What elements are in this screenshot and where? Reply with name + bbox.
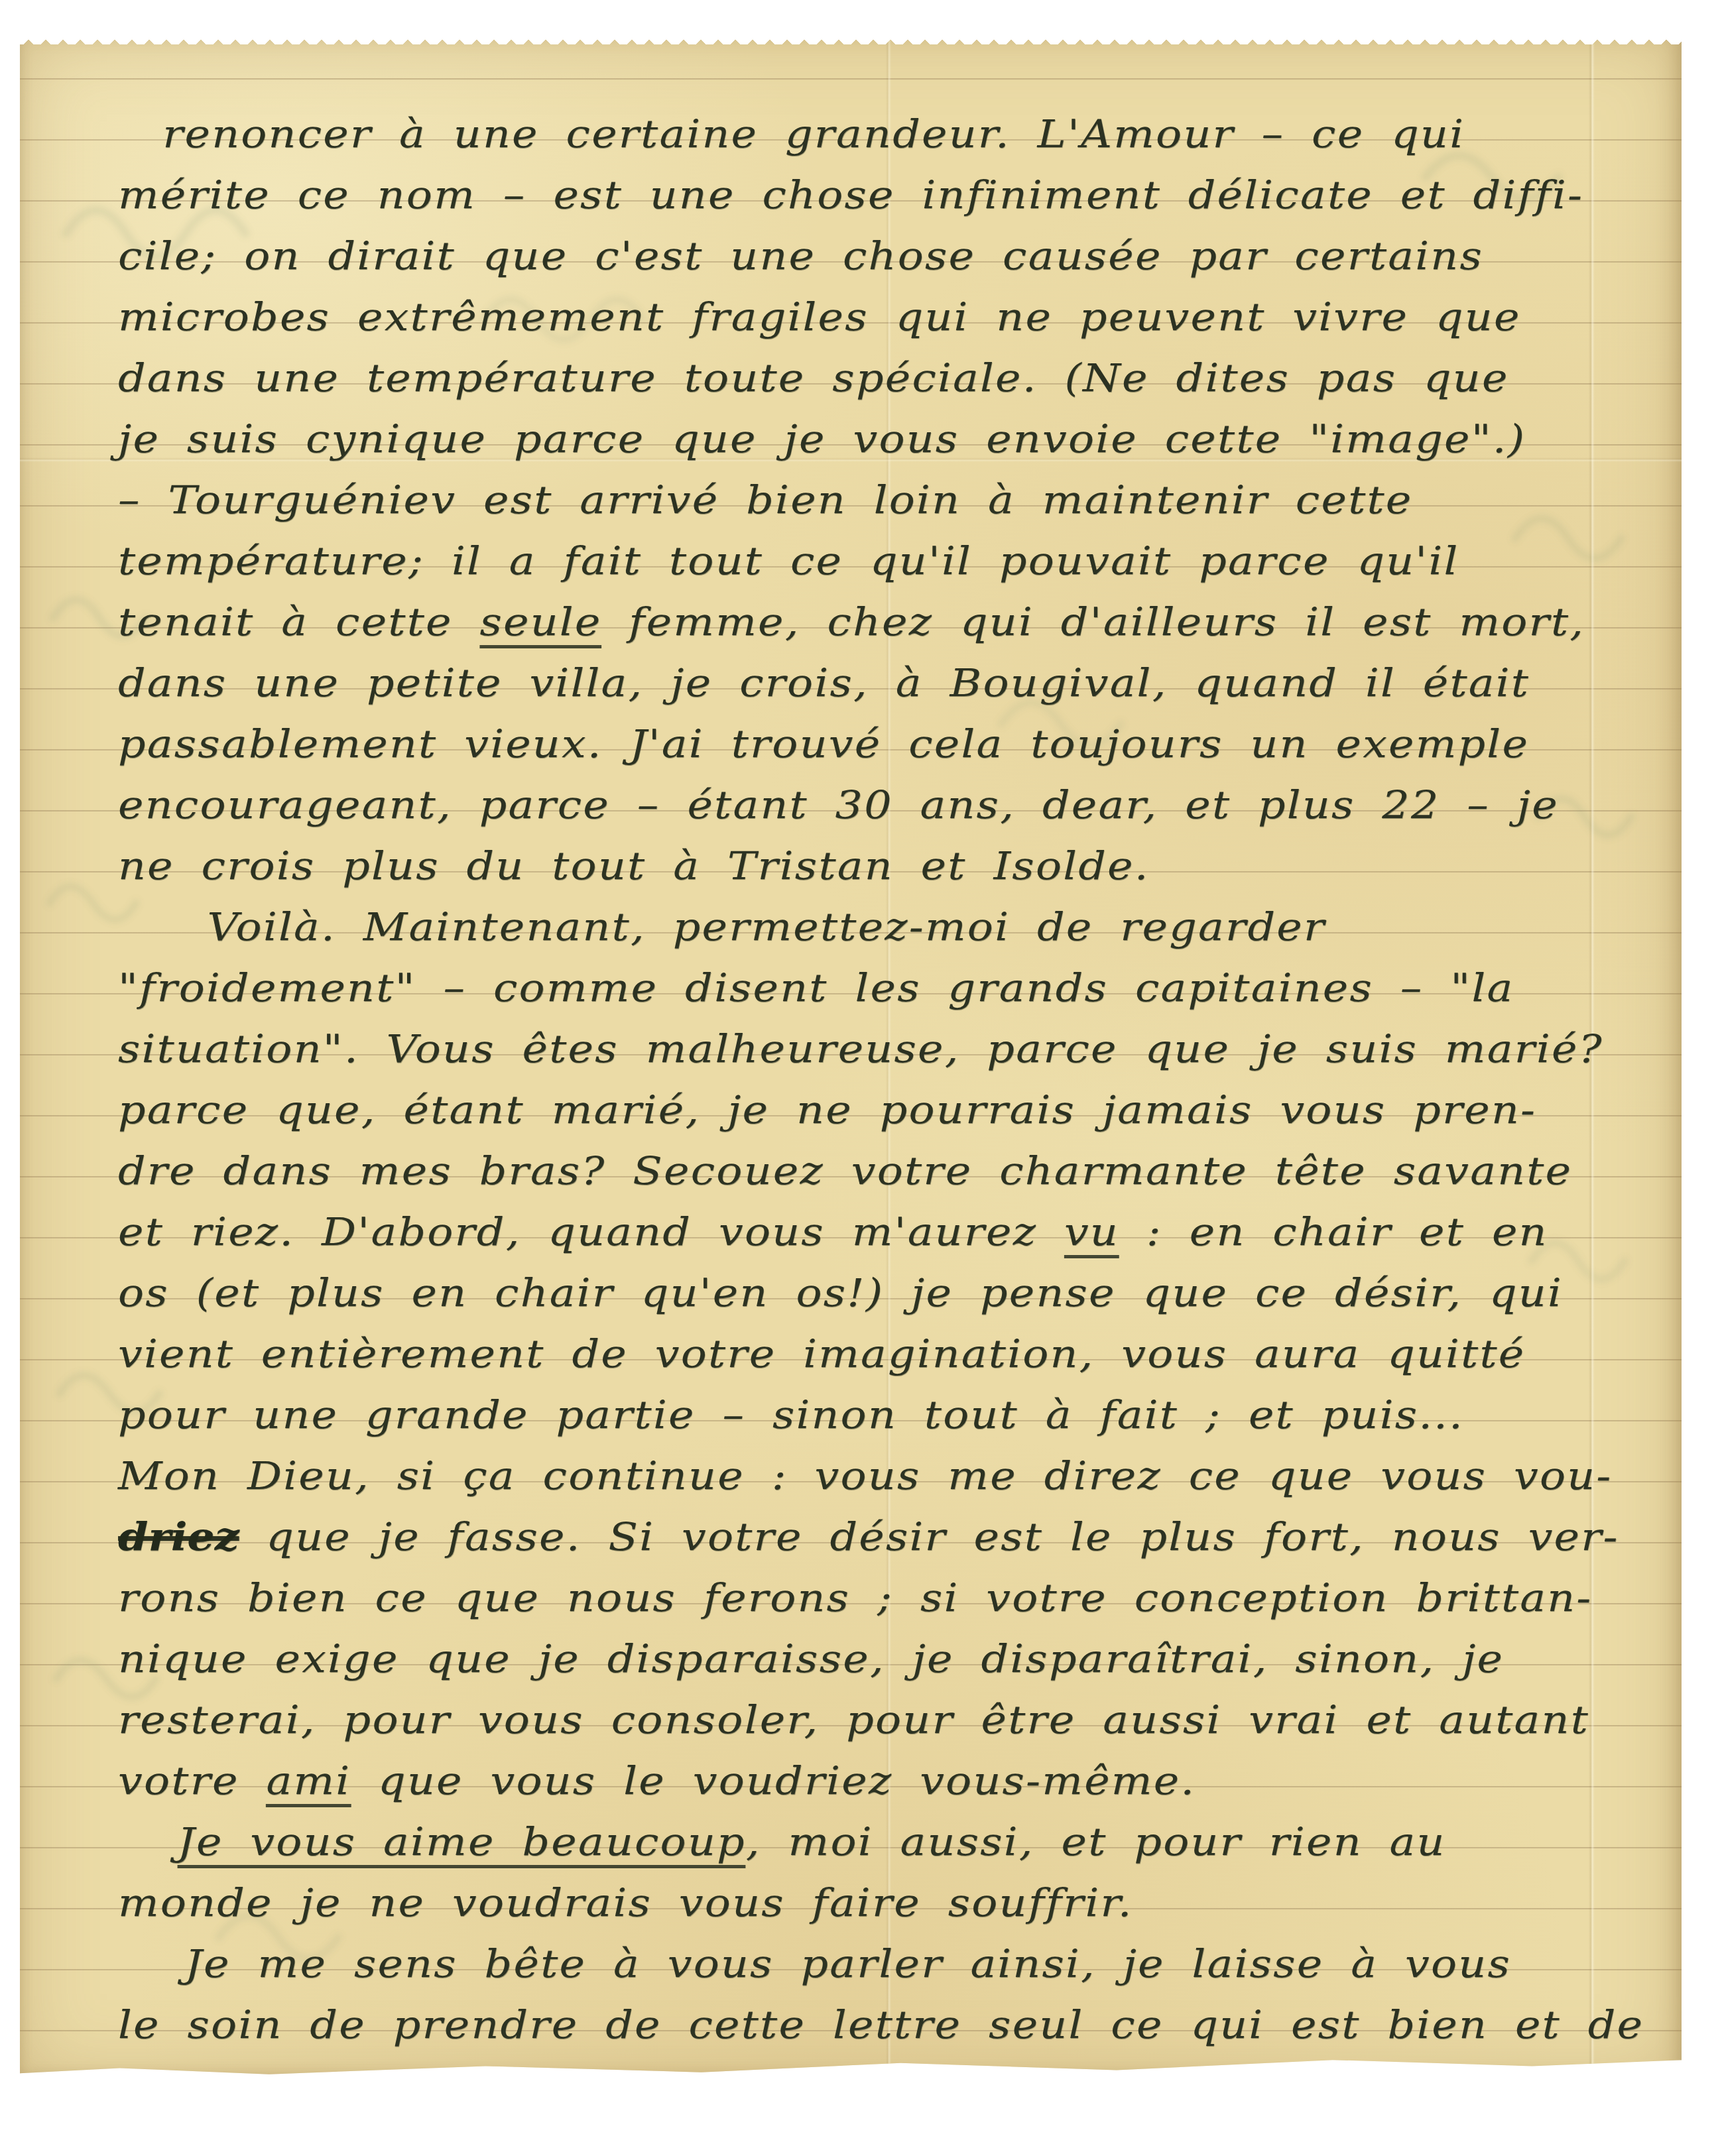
letter-line: température; il a fait tout ce qu'il pou… — [118, 530, 1682, 591]
letter-line: encourageant, parce – étant 30 ans, dear… — [118, 774, 1682, 835]
letter-line: monde je ne voudrais vous faire souffrir… — [118, 1872, 1682, 1933]
letter-line: votre ami que vous le voudriez vous-même… — [118, 1750, 1682, 1811]
letter-line: dans une température toute spéciale. (Ne… — [118, 347, 1682, 408]
letter-line: je suis cynique parce que je vous envoie… — [118, 408, 1682, 469]
letter-line: – Tourguéniev est arrivé bien loin à mai… — [118, 469, 1682, 530]
underlined-word: seule — [480, 599, 602, 648]
letter-line: le soin de prendre de cette lettre seul … — [118, 1994, 1682, 2055]
letter-line: situation". Vous êtes malheureuse, parce… — [118, 1018, 1682, 1079]
letter-line: Je me sens bête à vous parler ainsi, je … — [118, 1933, 1682, 1994]
underlined-word: Je vous aime beaucoup — [178, 1819, 746, 1868]
letter-line: mérite ce nom – est une chose infiniment… — [118, 164, 1682, 225]
letter-line: "froidement" – comme disent les grands c… — [118, 957, 1682, 1018]
letter-line: cile; on dirait que c'est une chose caus… — [118, 225, 1682, 286]
letter-line: passablement vieux. J'ai trouvé cela tou… — [118, 713, 1682, 774]
torn-top-edge — [20, 34, 1682, 44]
letter-page: renoncer à une certaine grandeur. L'Amou… — [20, 34, 1682, 2080]
letter-line: ne crois plus du tout à Tristan et Isold… — [118, 835, 1682, 896]
letter-line: dans une petite villa, je crois, à Bougi… — [118, 652, 1682, 713]
letter-line: Mon Dieu, si ça continue : vous me direz… — [118, 1445, 1682, 1506]
letter-line: microbes extrêmement fragiles qui ne peu… — [118, 286, 1682, 347]
letter-line: Je vous aime beaucoup, moi aussi, et pou… — [118, 1811, 1682, 1872]
letter-line: parce que, étant marié, je ne pourrais j… — [118, 1079, 1682, 1140]
letter-body: renoncer à une certaine grandeur. L'Amou… — [118, 103, 1662, 2055]
scribbled-out-word: driez — [118, 1514, 239, 1559]
letter-line: os (et plus en chair qu'en os!) je pense… — [118, 1262, 1682, 1323]
letter-line: et riez. D'abord, quand vous m'aurez vu … — [118, 1201, 1682, 1262]
underlined-word: vu — [1064, 1209, 1119, 1258]
letter-line: rons bien ce que nous ferons ; si votre … — [118, 1567, 1682, 1628]
letter-line: resterai, pour vous consoler, pour être … — [118, 1689, 1682, 1750]
underlined-word: ami — [266, 1758, 351, 1807]
letter-line: pour une grande partie – sinon tout à fa… — [118, 1384, 1682, 1445]
letter-line: Voilà. Maintenant, permettez-moi de rega… — [118, 896, 1682, 957]
letter-line: renoncer à une certaine grandeur. L'Amou… — [118, 103, 1682, 164]
scan-background: renoncer à une certaine grandeur. L'Amou… — [0, 0, 1720, 2156]
letter-line: dre dans mes bras? Secouez votre charman… — [118, 1140, 1682, 1201]
letter-line: nique exige que je disparaisse, je dispa… — [118, 1628, 1682, 1689]
letter-line: vient entièrement de votre imagination, … — [118, 1323, 1682, 1384]
letter-line: driez que je fasse. Si votre désir est l… — [118, 1506, 1682, 1567]
letter-line: tenait à cette seule femme, chez qui d'a… — [118, 591, 1682, 652]
